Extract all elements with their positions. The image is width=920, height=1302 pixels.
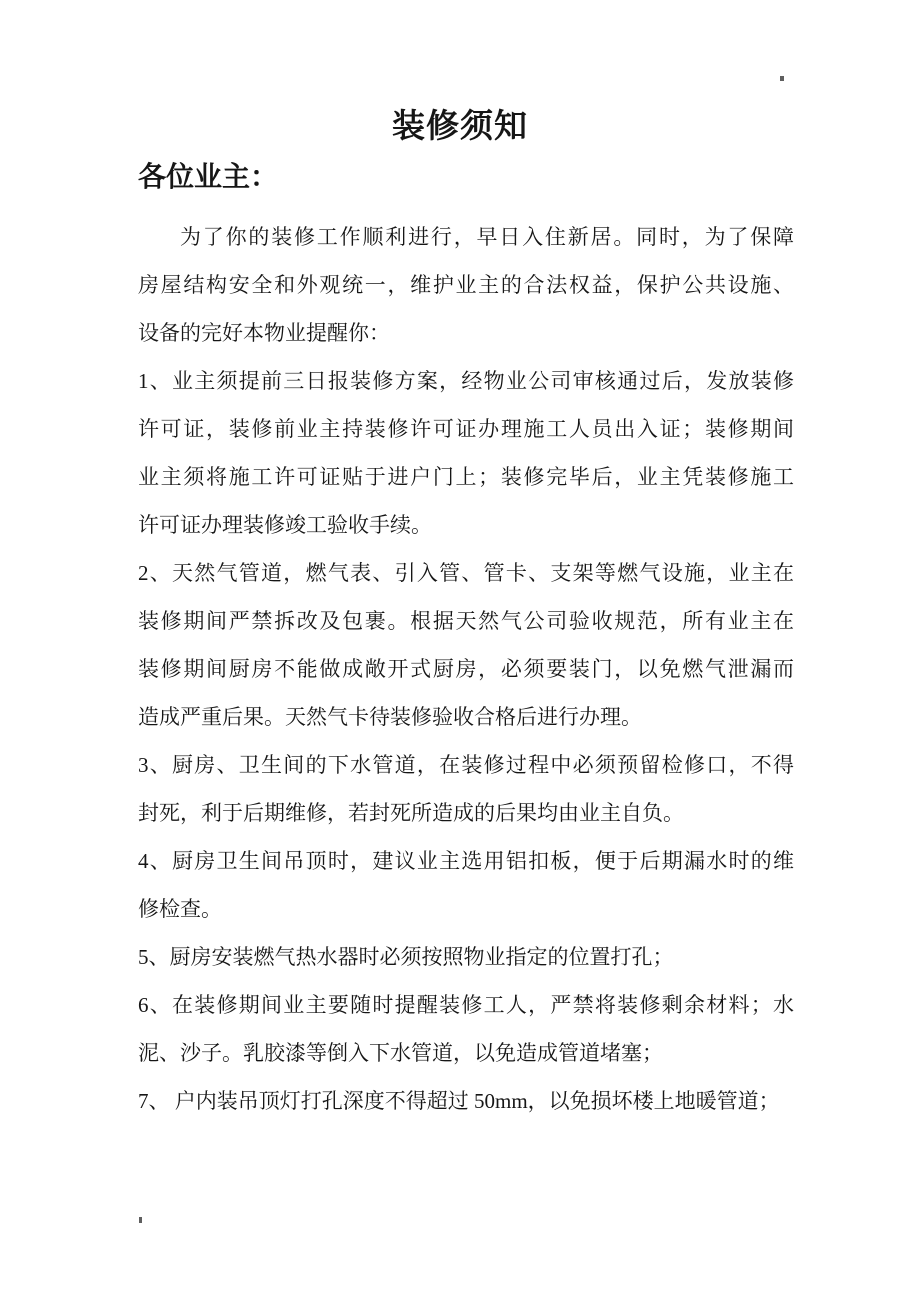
scan-speck-bottom-left: [139, 1217, 142, 1223]
text-line-item-2-1: 2、天然气管道，燃气表、引入管、管卡、支架等燃气设施，业主在: [138, 549, 794, 597]
text-line-item-3-2: 封死，利于后期维修，若封死所造成的后果均由业主自负。: [138, 789, 794, 837]
text-line-item-1-2: 许可证，装修前业主持装修许可证办理施工人员出入证；装修期间: [138, 405, 794, 453]
text-line-item-1-3: 业主须将施工许可证贴于进户门上；装修完毕后，业主凭装修施工: [138, 453, 794, 501]
text-line-item-6-2: 泥、沙子。乳胶漆等倒入下水管道，以免造成管道堵塞；: [138, 1029, 794, 1077]
document-body: 为了你的装修工作顺利进行，早日入住新居。同时，为了保障房屋结构安全和外观统一，维…: [138, 213, 794, 1125]
text-line-item-1-1: 1、业主须提前三日报装修方案，经物业公司审核通过后，发放装修: [138, 357, 794, 405]
text-line-item-2-3: 装修期间厨房不能做成敞开式厨房，必须要装门，以免燃气泄漏而: [138, 645, 794, 693]
text-line-item-7-1: 7、 户内装吊顶灯打孔深度不得超过 50mm，以免损坏楼上地暖管道；: [138, 1077, 794, 1125]
text-line-intro-3: 设备的完好本物业提醒你：: [138, 309, 794, 357]
text-line-item-2-4: 造成严重后果。天然气卡待装修验收合格后进行办理。: [138, 693, 794, 741]
scan-speck-top-right: [780, 76, 784, 81]
salutation: 各位业主：: [138, 157, 278, 199]
text-line-item-6-1: 6、在装修期间业主要随时提醒装修工人，严禁将装修剩余材料；水: [138, 981, 794, 1029]
text-line-item-5-1: 5、厨房安装燃气热水器时必须按照物业指定的位置打孔；: [138, 933, 794, 981]
text-line-item-3-1: 3、厨房、卫生间的下水管道，在装修过程中必须预留检修口，不得: [138, 741, 794, 789]
text-line-item-1-4: 许可证办理装修竣工验收手续。: [138, 501, 794, 549]
text-line-item-4-1: 4、厨房卫生间吊顶时，建议业主选用铝扣板，便于后期漏水时的维: [138, 837, 794, 885]
document-title: 装修须知: [0, 104, 920, 150]
document-page: 装修须知 各位业主： 为了你的装修工作顺利进行，早日入住新居。同时，为了保障房屋…: [0, 0, 920, 1302]
text-line-intro-2: 房屋结构安全和外观统一，维护业主的合法权益，保护公共设施、: [138, 261, 794, 309]
text-line-intro-1: 为了你的装修工作顺利进行，早日入住新居。同时，为了保障: [138, 213, 794, 261]
text-line-item-2-2: 装修期间严禁拆改及包裹。根据天然气公司验收规范，所有业主在: [138, 597, 794, 645]
text-line-item-4-2: 修检查。: [138, 885, 794, 933]
